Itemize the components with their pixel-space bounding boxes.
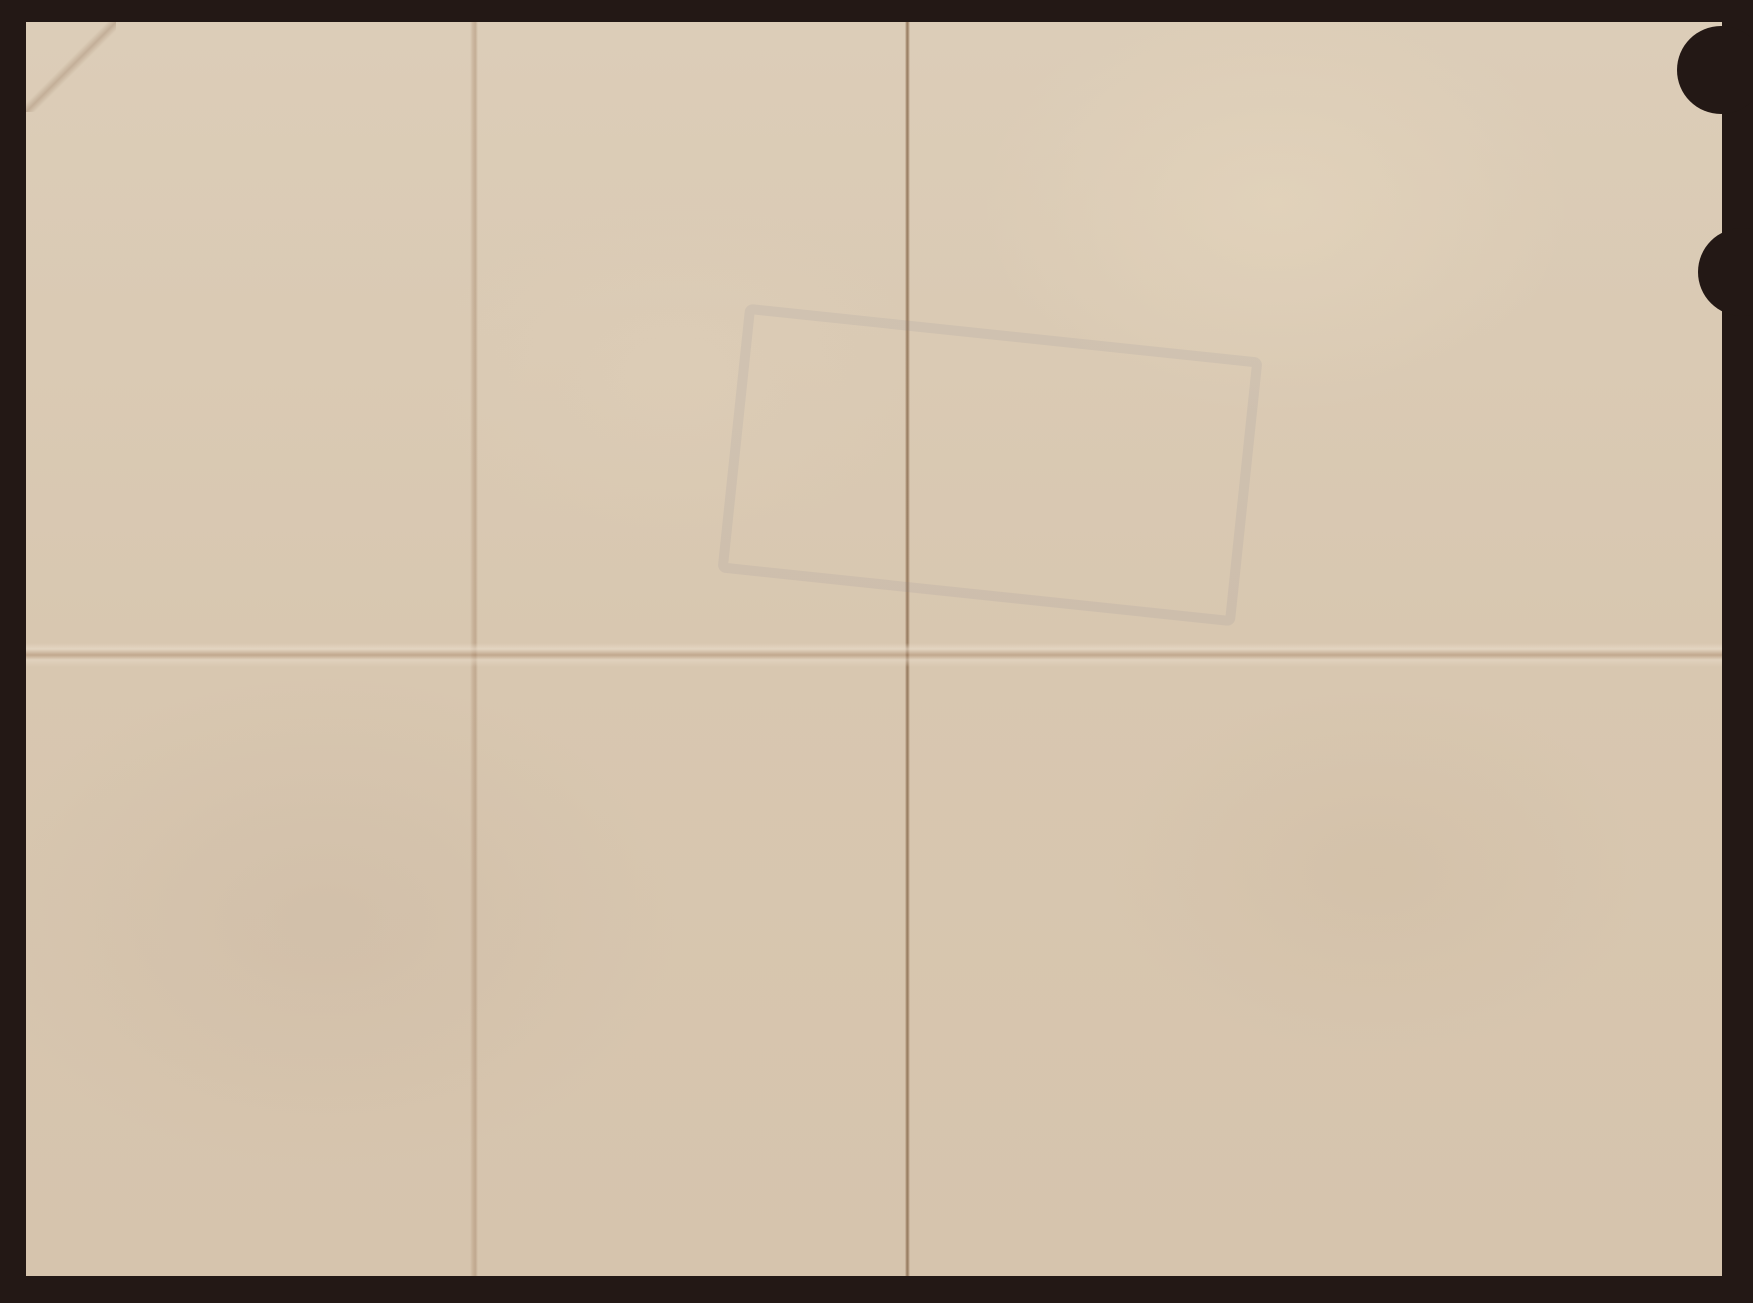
corner-crease (26, 22, 116, 112)
horizontal-fold (26, 643, 1722, 667)
bleed-through-stamp-frame (717, 304, 1262, 627)
